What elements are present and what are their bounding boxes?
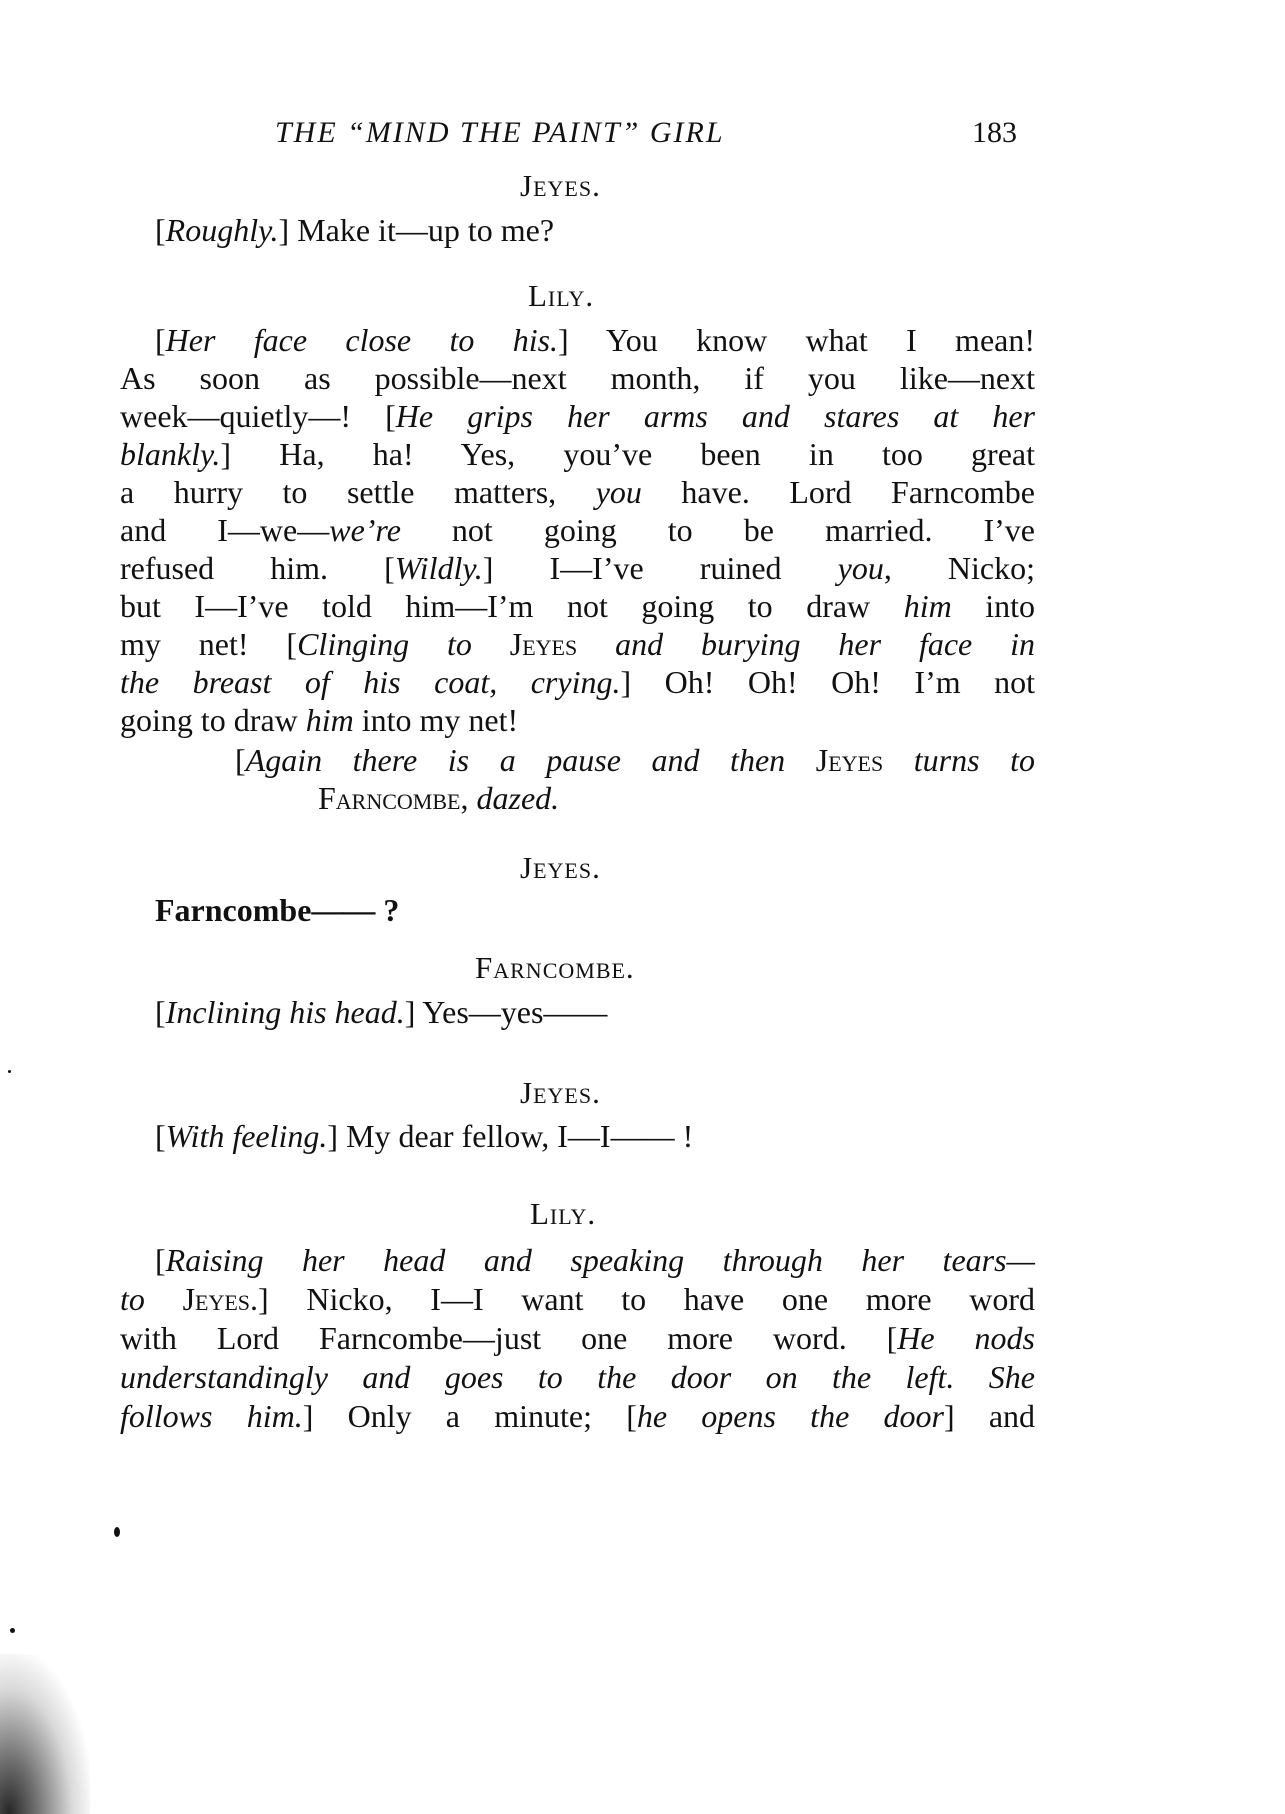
dialogue-line: refused him. [Wildly.] I—I’ve ruined you…	[120, 548, 1035, 588]
scan-speck	[8, 1070, 11, 1073]
dialogue-text: ] Make it—up to me?	[279, 212, 554, 248]
scan-smudge	[0, 1654, 90, 1814]
dialogue-line: blankly.] Ha, ha! Yes, you’ve been in to…	[120, 434, 1035, 474]
dialogue-text: [	[155, 322, 166, 358]
dialogue-text: ] and	[944, 1398, 1035, 1434]
stage-direction-text: turns to	[883, 742, 1035, 778]
dialogue-text: [	[155, 1242, 166, 1278]
dialogue-text: [	[235, 742, 246, 778]
dialogue-text: week—quietly—! [	[120, 398, 396, 434]
stage-direction-text: he opens the door	[637, 1398, 944, 1434]
dialogue-line: [Inclining his head.] Yes—yes——	[155, 992, 1070, 1032]
character-name: Jeyes	[816, 742, 883, 778]
dialogue-text: [	[155, 994, 166, 1030]
stage-direction-text: Her face close to his.	[166, 322, 558, 358]
dialogue-line: [Her face close to his.] You know what I…	[155, 320, 1035, 360]
dialogue-line: Farncombe—— ?	[155, 890, 1070, 930]
dialogue-line: to Jeyes.] Nicko, I—I want to have one m…	[120, 1279, 1035, 1319]
stage-direction-text: we’re	[329, 512, 401, 548]
dialogue-text: ] You know what I mean!	[558, 322, 1035, 358]
stage-direction-text: him	[306, 702, 354, 738]
dialogue-text: going to draw	[120, 702, 306, 738]
stage-direction: Farncombe, dazed.	[318, 778, 918, 818]
dialogue-text: ] Oh! Oh! Oh! I’m not	[620, 664, 1035, 700]
character-name: Jeyes	[183, 1281, 250, 1317]
dialogue-text: As soon as possible—next month, if you l…	[120, 360, 1035, 396]
stage-direction-text: him	[904, 588, 952, 624]
dialogue-text: into my net!	[354, 702, 518, 738]
dialogue-text: ] Only a minute; [	[303, 1398, 637, 1434]
dialogue-text: refused him. [	[120, 550, 395, 586]
dialogue-line: [With feeling.] My dear fellow, I—I—— !	[155, 1116, 1070, 1156]
page-number: 183	[972, 116, 1017, 150]
stage-direction-text: Raising her head and speaking through he…	[166, 1242, 1035, 1278]
stage-direction-text: you	[838, 550, 884, 586]
stage-direction-text: Again there is a pause and then	[246, 742, 816, 778]
dialogue-line: [Roughly.] Make it—up to me?	[155, 210, 1070, 250]
stage-direction-text: you	[596, 474, 642, 510]
stage-direction-text: the breast of his coat, crying.	[120, 664, 620, 700]
stage-direction-text: Wildly.	[395, 550, 483, 586]
dialogue-text: not going to be married. I’ve	[401, 512, 1035, 548]
dialogue-text: and I—we—	[120, 512, 329, 548]
dialogue-line: going to draw him into my net!	[120, 700, 1035, 740]
dialogue-text: into	[952, 588, 1035, 624]
dialogue-text: ] Ha, ha! Yes, you’ve been in too great	[220, 436, 1035, 472]
dialogue-line: week—quietly—! [He grips her arms and st…	[120, 396, 1035, 436]
dialogue-line: a hurry to settle matters, you have. Lor…	[120, 472, 1035, 512]
dialogue-text: ] Yes—yes——	[405, 994, 608, 1030]
stage-direction-text: Roughly.	[166, 212, 279, 248]
dialogue-line: with Lord Farncombe—just one more word. …	[120, 1318, 1035, 1358]
dialogue-line: As soon as possible—next month, if you l…	[120, 358, 1035, 398]
stage-direction-text: He nods	[897, 1320, 1035, 1356]
stage-direction-text: He grips her arms and stares at her	[396, 398, 1035, 434]
dialogue-text: [	[155, 1118, 166, 1154]
stage-direction-text: Inclining his head.	[166, 994, 405, 1030]
stage-direction-text: Clinging to	[297, 626, 510, 662]
dialogue-text: .] Nicko, I—I want to have one more word	[250, 1281, 1035, 1317]
speaker-heading: Lily.	[528, 278, 594, 314]
dialogue-text: a hurry to settle matters,	[120, 474, 596, 510]
stage-direction-text: to	[120, 1281, 183, 1317]
stage-direction-text: blankly.	[120, 436, 220, 472]
dialogue-line: understandingly and goes to the door on …	[120, 1357, 1035, 1397]
dialogue-text: ,	[460, 780, 476, 816]
dialogue-line: and I—we—we’re not going to be married. …	[120, 510, 1035, 550]
dialogue-text: , Nicko;	[884, 550, 1035, 586]
speaker-heading: Jeyes.	[520, 850, 601, 886]
dialogue-text: but I—I’ve told him—I’m not going to dra…	[120, 588, 904, 624]
speaker-heading: Jeyes.	[520, 1075, 601, 1111]
speaker-heading: Lily.	[530, 1196, 596, 1232]
stage-direction-text: follows him.	[120, 1398, 303, 1434]
dialogue-text: ] I—I’ve ruined	[483, 550, 838, 586]
dialogue-line: the breast of his coat, crying.] Oh! Oh!…	[120, 662, 1035, 702]
dialogue-text: have. Lord Farncombe	[642, 474, 1035, 510]
stage-direction-text: understandingly and goes to the door on …	[120, 1359, 1035, 1395]
dialogue-text: Farncombe—— ?	[155, 892, 399, 928]
dialogue-text: with Lord Farncombe—just one more word. …	[120, 1320, 897, 1356]
character-name: Jeyes	[510, 626, 577, 662]
stage-direction-text: With feeling.	[166, 1118, 328, 1154]
speaker-heading: Farncombe.	[475, 950, 635, 986]
dialogue-line: follows him.] Only a minute; [he opens t…	[120, 1396, 1035, 1436]
dialogue-text: [	[155, 212, 166, 248]
stage-direction-text: and burying her face in	[577, 626, 1035, 662]
dialogue-line: [Raising her head and speaking through h…	[155, 1240, 1035, 1280]
speaker-heading: Jeyes.	[520, 168, 601, 204]
character-name: Farncombe	[318, 780, 460, 816]
stage-direction: [Again there is a pause and then Jeyes t…	[235, 740, 1035, 780]
dialogue-line: my net! [Clinging to Jeyes and burying h…	[120, 624, 1035, 664]
scan-speck	[114, 1527, 120, 1537]
book-page: THE “MIND THE PAINT” GIRL 183 Jeyes. [Ro…	[0, 0, 1285, 1814]
scan-speck	[10, 1628, 15, 1633]
stage-direction-text: dazed.	[476, 780, 559, 816]
dialogue-text: ] My dear fellow, I—I—— !	[327, 1118, 693, 1154]
dialogue-line: but I—I’ve told him—I’m not going to dra…	[120, 586, 1035, 626]
dialogue-text: my net! [	[120, 626, 297, 662]
running-title: THE “MIND THE PAINT” GIRL	[275, 116, 725, 150]
